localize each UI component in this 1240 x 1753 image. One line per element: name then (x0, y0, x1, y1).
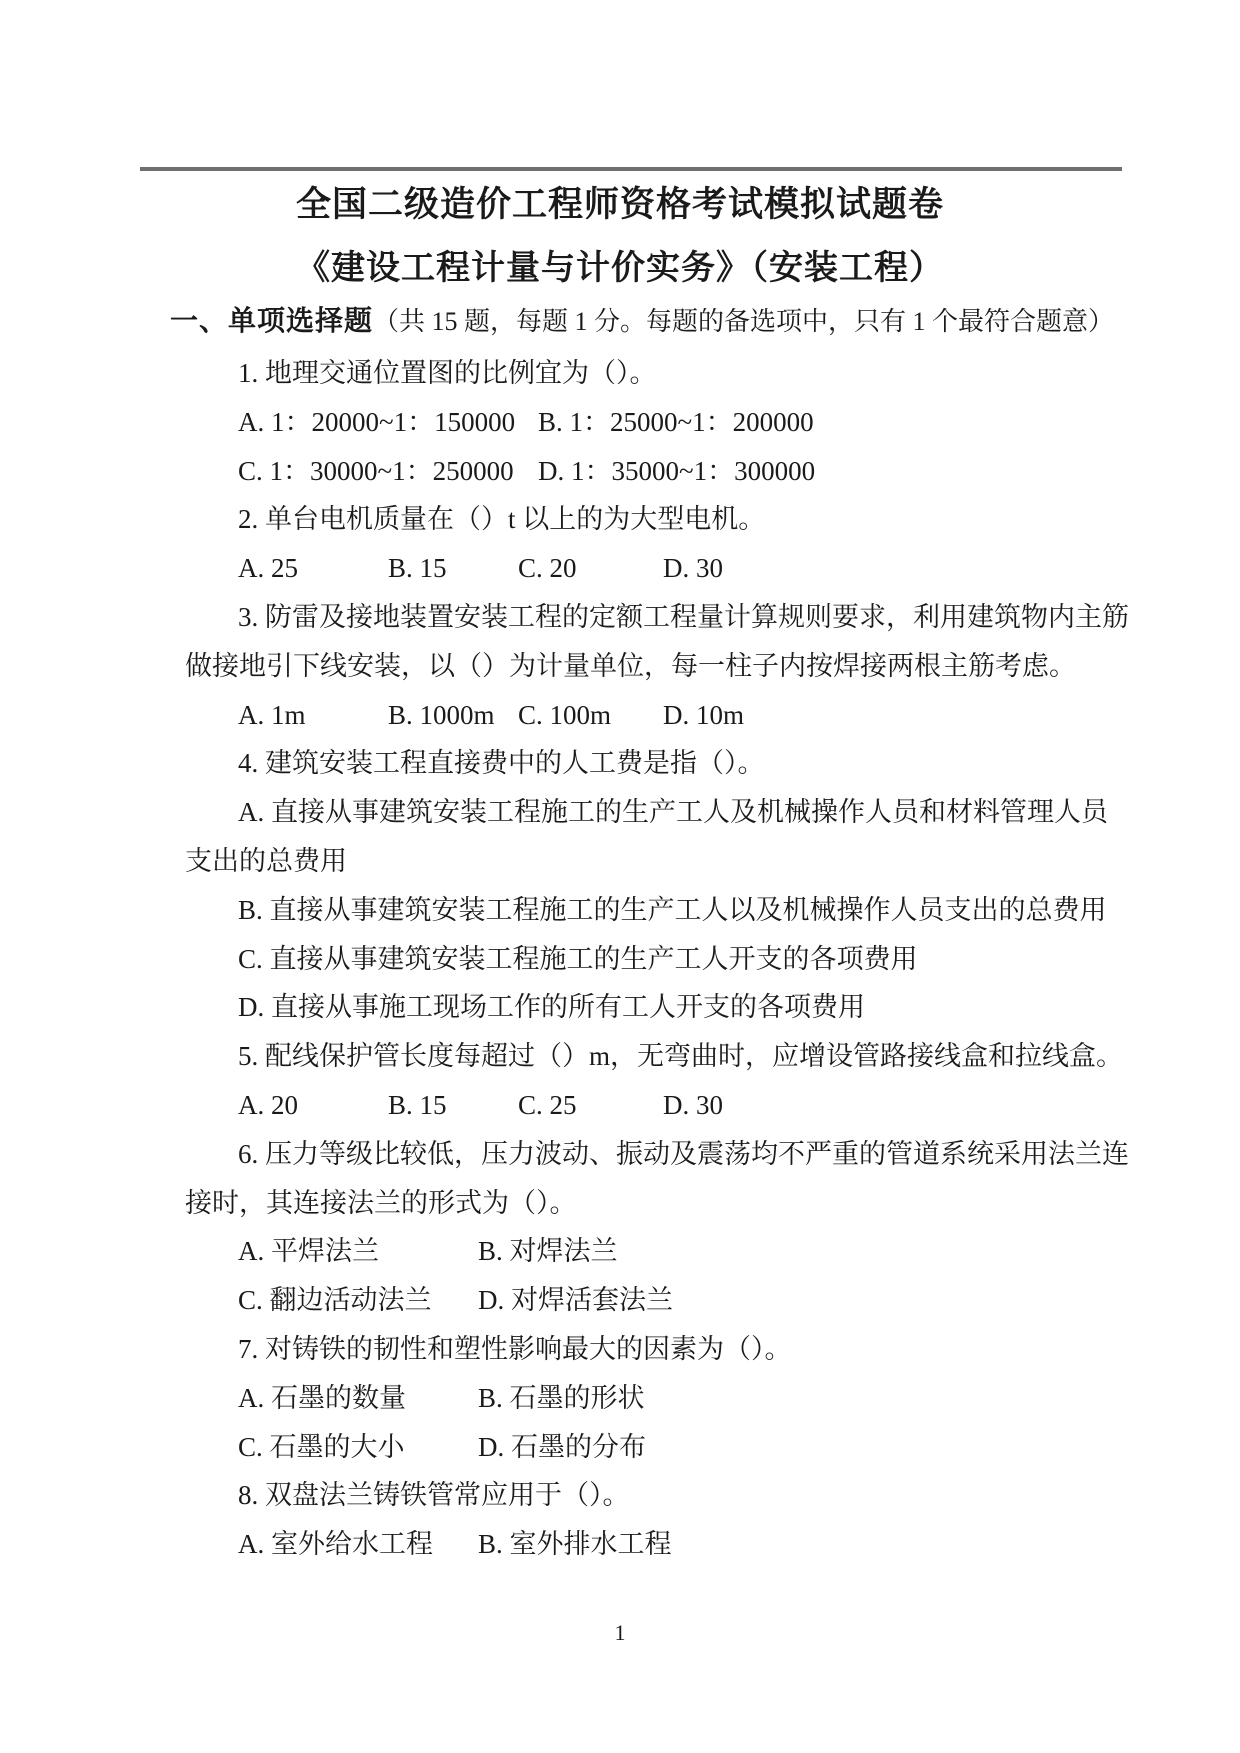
question-text: 6. 压力等级比较低，压力波动、振动及震荡均不严重的管道系统采用法兰连 (185, 1130, 1105, 1179)
option: B. 室外排水工程 (478, 1520, 672, 1569)
option: C. 1：30000~1：250000 (238, 447, 538, 496)
option: B. 15 (388, 544, 518, 593)
continuation-line: 接时，其连接法兰的形式为（）。 (185, 1179, 1105, 1228)
option: D. 30 (663, 544, 723, 593)
option-row: A. 石墨的数量B. 石墨的形状 (185, 1374, 1105, 1423)
page-number: 1 (0, 1620, 1240, 1646)
continuation-line: 支出的总费用 (185, 837, 1105, 886)
option: A. 1m (238, 691, 388, 740)
option: A. 平焊法兰 (238, 1227, 478, 1276)
question-text: 2. 单台电机质量在（）t 以上的为大型电机。 (185, 495, 1105, 544)
option: A. 1：20000~1：150000 (238, 398, 538, 447)
option-row: C. 翻边活动法兰D. 对焊活套法兰 (185, 1276, 1105, 1325)
option-row: C. 石墨的大小D. 石墨的分布 (185, 1423, 1105, 1472)
option: C. 石墨的大小 (238, 1423, 478, 1472)
option-row: A. 平焊法兰B. 对焊法兰 (185, 1227, 1105, 1276)
exam-body: 一、单项选择题（共 15 题，每题 1 分。每题的备选项中，只有 1 个最符合题… (185, 301, 1105, 1569)
option-line: D. 直接从事施工现场工作的所有工人开支的各项费用 (185, 983, 1105, 1032)
option-row: A. 25B. 15C. 20D. 30 (185, 544, 1105, 593)
exam-paper-page: 全国二级造价工程师资格考试模拟试题卷 《建设工程计量与计价实务》（安装工程） 一… (0, 0, 1240, 1753)
section-heading: 一、单项选择题（共 15 题，每题 1 分。每题的备选项中，只有 1 个最符合题… (170, 301, 1105, 342)
option: D. 30 (663, 1081, 723, 1130)
option-row: A. 1mB. 1000mC. 100mD. 10m (185, 691, 1105, 740)
option-row: C. 1：30000~1：250000D. 1：35000~1：300000 (185, 447, 1105, 496)
option: C. 100m (518, 691, 663, 740)
option: B. 15 (388, 1081, 518, 1130)
option: A. 石墨的数量 (238, 1374, 478, 1423)
question-list: 1. 地理交通位置图的比例宜为（）。A. 1：20000~1：150000B. … (185, 349, 1105, 1569)
exam-title: 全国二级造价工程师资格考试模拟试题卷 (0, 0, 1240, 226)
option: A. 20 (238, 1081, 388, 1130)
option-line: B. 直接从事建筑安装工程施工的生产工人以及机械操作人员支出的总费用 (185, 886, 1105, 935)
option: A. 25 (238, 544, 388, 593)
question-text: 1. 地理交通位置图的比例宜为（）。 (185, 349, 1105, 398)
option-row: A. 室外给水工程B. 室外排水工程 (185, 1520, 1105, 1569)
option-row: A. 1：20000~1：150000B. 1：25000~1：200000 (185, 398, 1105, 447)
option: B. 1：25000~1：200000 (538, 398, 814, 447)
option: C. 25 (518, 1081, 663, 1130)
section-note: （共 15 题，每题 1 分。每题的备选项中，只有 1 个最符合题意） (373, 307, 1114, 336)
option: C. 20 (518, 544, 663, 593)
question-text: 8. 双盘法兰铸铁管常应用于（）。 (185, 1471, 1105, 1520)
section-label: 一、单项选择题 (170, 305, 373, 336)
exam-subtitle: 《建设工程计量与计价实务》（安装工程） (0, 226, 1240, 288)
option: C. 翻边活动法兰 (238, 1276, 478, 1325)
question-text: 7. 对铸铁的韧性和塑性影响最大的因素为（）。 (185, 1325, 1105, 1374)
question-text: 3. 防雷及接地装置安装工程的定额工程量计算规则要求，利用建筑物内主筋 (185, 593, 1105, 642)
option: B. 对焊法兰 (478, 1227, 618, 1276)
header-rule (140, 167, 1122, 171)
option-row: A. 20B. 15C. 25D. 30 (185, 1081, 1105, 1130)
option: D. 10m (663, 691, 744, 740)
option: D. 1：35000~1：300000 (538, 447, 815, 496)
question-text: 5. 配线保护管长度每超过（）m，无弯曲时，应增设管路接线盒和拉线盒。 (185, 1032, 1105, 1081)
continuation-line: 做接地引下线安装，以（）为计量单位，每一柱子内按焊接两根主筋考虑。 (185, 642, 1105, 691)
option-line: A. 直接从事建筑安装工程施工的生产工人及机械操作人员和材料管理人员 (185, 788, 1105, 837)
option: D. 对焊活套法兰 (478, 1276, 673, 1325)
option-line: C. 直接从事建筑安装工程施工的生产工人开支的各项费用 (185, 935, 1105, 984)
option: D. 石墨的分布 (478, 1423, 646, 1472)
option: B. 石墨的形状 (478, 1374, 645, 1423)
question-text: 4. 建筑安装工程直接费中的人工费是指（）。 (185, 739, 1105, 788)
option: A. 室外给水工程 (238, 1520, 478, 1569)
option: B. 1000m (388, 691, 518, 740)
